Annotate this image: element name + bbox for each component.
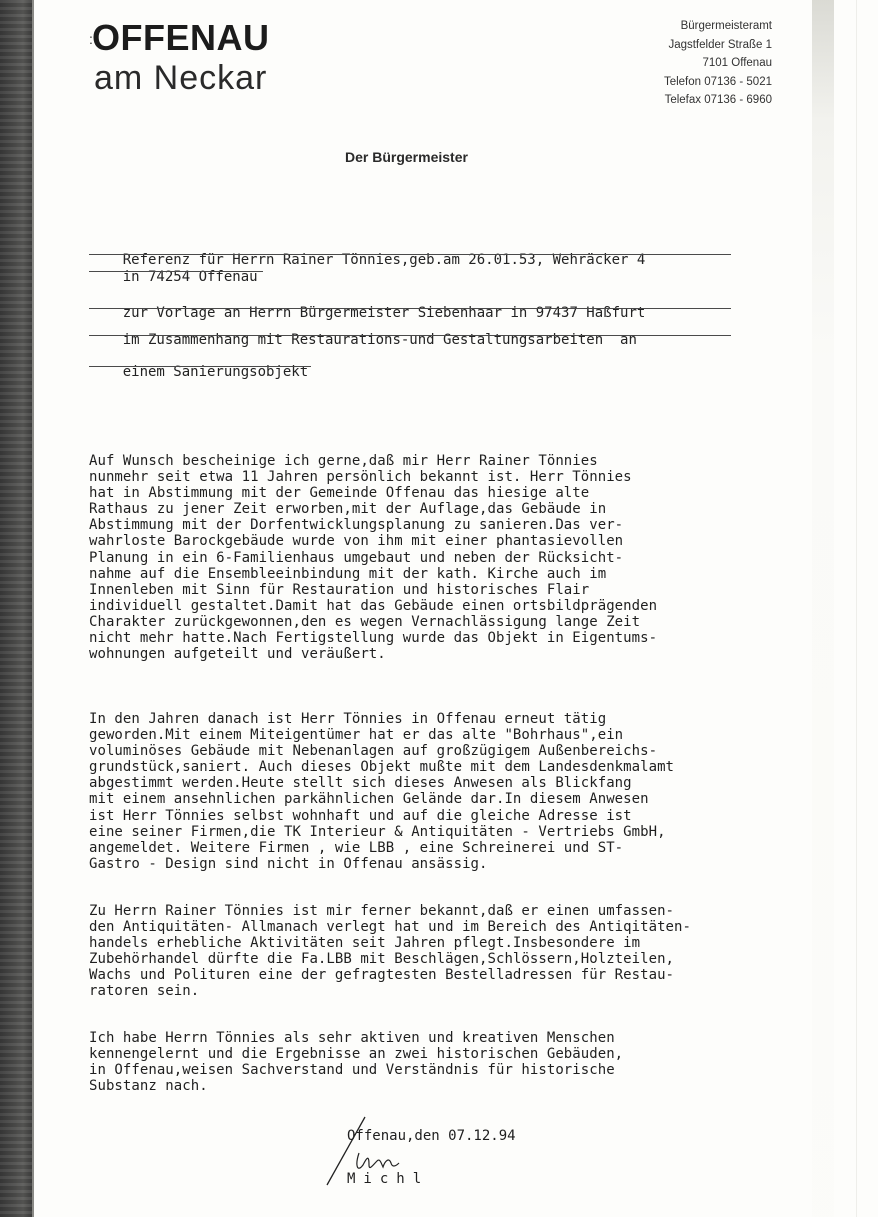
town-suffix: am Neckar	[94, 59, 267, 98]
reference-line: einem Sanierungsobjekt	[89, 348, 308, 412]
paragraph-line: nunmehr seit etwa 11 Jahren persönlich b…	[89, 469, 657, 485]
paragraph-line: den Antiquitäten- Allmanach verlegt hat …	[89, 919, 691, 935]
paragraph-line: angemeldet. Weitere Firmen , wie LBB , e…	[89, 840, 674, 856]
paragraph-line: mit einem ansehnlichen parkähnlichen Gel…	[89, 791, 674, 807]
paragraph-line: grundstück,saniert. Auch dieses Objekt m…	[89, 759, 674, 775]
paragraph-line: individuell gestaltet.Damit hat das Gebä…	[89, 598, 657, 614]
paragraph-line: nicht mehr hatte.Nach Fertigstellung wur…	[89, 630, 657, 646]
scan-shadow-right	[812, 0, 834, 1217]
body-paragraph-1: Auf Wunsch bescheinige ich gerne,daß mir…	[89, 453, 657, 662]
address-line: Jagstfelder Straße 1	[664, 36, 772, 55]
paragraph-line: Zu Herrn Rainer Tönnies ist mir ferner b…	[89, 903, 691, 919]
phone-line: Telefon 07136 - 5021	[664, 73, 772, 92]
body-paragraph-4: Ich habe Herrn Tönnies als sehr aktiven …	[89, 1030, 623, 1094]
paragraph-line: abgestimmt werden.Heute stellt sich dies…	[89, 775, 674, 791]
paragraph-line: Abstimmung mit der Dorfentwicklungsplanu…	[89, 517, 657, 533]
paragraph-line: ratoren sein.	[89, 983, 691, 999]
address-line: 7101 Offenau	[664, 54, 772, 73]
sender-title: Der Bürgermeister	[345, 149, 468, 165]
paragraph-line: In den Jahren danach ist Herr Tönnies in…	[89, 711, 674, 727]
paragraph-line: hat in Abstimmung mit der Gemeinde Offen…	[89, 485, 657, 501]
underline	[89, 271, 263, 272]
body-paragraph-3: Zu Herrn Rainer Tönnies ist mir ferner b…	[89, 903, 691, 1000]
paragraph-line: Planung in ein 6-Familienhaus umgebaut u…	[89, 550, 657, 566]
paragraph-line: handels erhebliche Aktivitäten seit Jahr…	[89, 935, 691, 951]
paragraph-line: Rathaus zu jener Zeit erworben,mit der A…	[89, 501, 657, 517]
paragraph-line: Zubehörhandel dürfte die Fa.LBB mit Besc…	[89, 951, 691, 967]
paragraph-line: wohnungen aufgeteilt und veräußert.	[89, 646, 657, 662]
paragraph-line: Auf Wunsch bescheinige ich gerne,daß mir…	[89, 453, 657, 469]
paragraph-line: kennengelernt und die Ergebnisse an zwei…	[89, 1046, 623, 1062]
paragraph-line: Gastro - Design sind nicht in Offenau an…	[89, 856, 674, 872]
paragraph-line: ist Herr Tönnies selbst wohnhaft und auf…	[89, 808, 674, 824]
body-paragraph-2: In den Jahren danach ist Herr Tönnies in…	[89, 711, 674, 872]
scan-fold-right	[856, 0, 857, 1217]
paragraph-line: eine seiner Firmen,die TK Interieur & An…	[89, 824, 674, 840]
paragraph-line: voluminöses Gebäude mit Nebenanlagen auf…	[89, 743, 674, 759]
paragraph-line: Innenleben mit Sinn für Restauration und…	[89, 582, 657, 598]
signer-name: Michl	[347, 1171, 429, 1187]
paragraph-line: Ich habe Herrn Tönnies als sehr aktiven …	[89, 1030, 623, 1046]
underline	[89, 366, 311, 367]
paragraph-line: nahme auf die Ensembleeinbindung mit der…	[89, 566, 657, 582]
paragraph-line: Wachs und Polituren eine der gefragteste…	[89, 967, 691, 983]
underline	[89, 308, 731, 309]
scan-border-left	[0, 0, 33, 1217]
paragraph-line: Substanz nach.	[89, 1078, 623, 1094]
town-name: OFFENAU	[92, 17, 270, 59]
paragraph-line: geworden.Mit einem Miteigentümer hat er …	[89, 727, 674, 743]
underline	[89, 335, 731, 336]
address-line: Bürgermeisteramt	[664, 17, 772, 36]
paragraph-line: in Offenau,weisen Sachverstand und Verst…	[89, 1062, 623, 1078]
paragraph-line: Charakter zurückgewonnen,den es wegen Ve…	[89, 614, 657, 630]
fax-line: Telefax 07136 - 6960	[664, 91, 772, 110]
paragraph-line: wahrloste Barockgebäude wurde von ihm mi…	[89, 533, 657, 549]
office-address: Bürgermeisteramt Jagstfelder Straße 1 71…	[664, 17, 772, 110]
